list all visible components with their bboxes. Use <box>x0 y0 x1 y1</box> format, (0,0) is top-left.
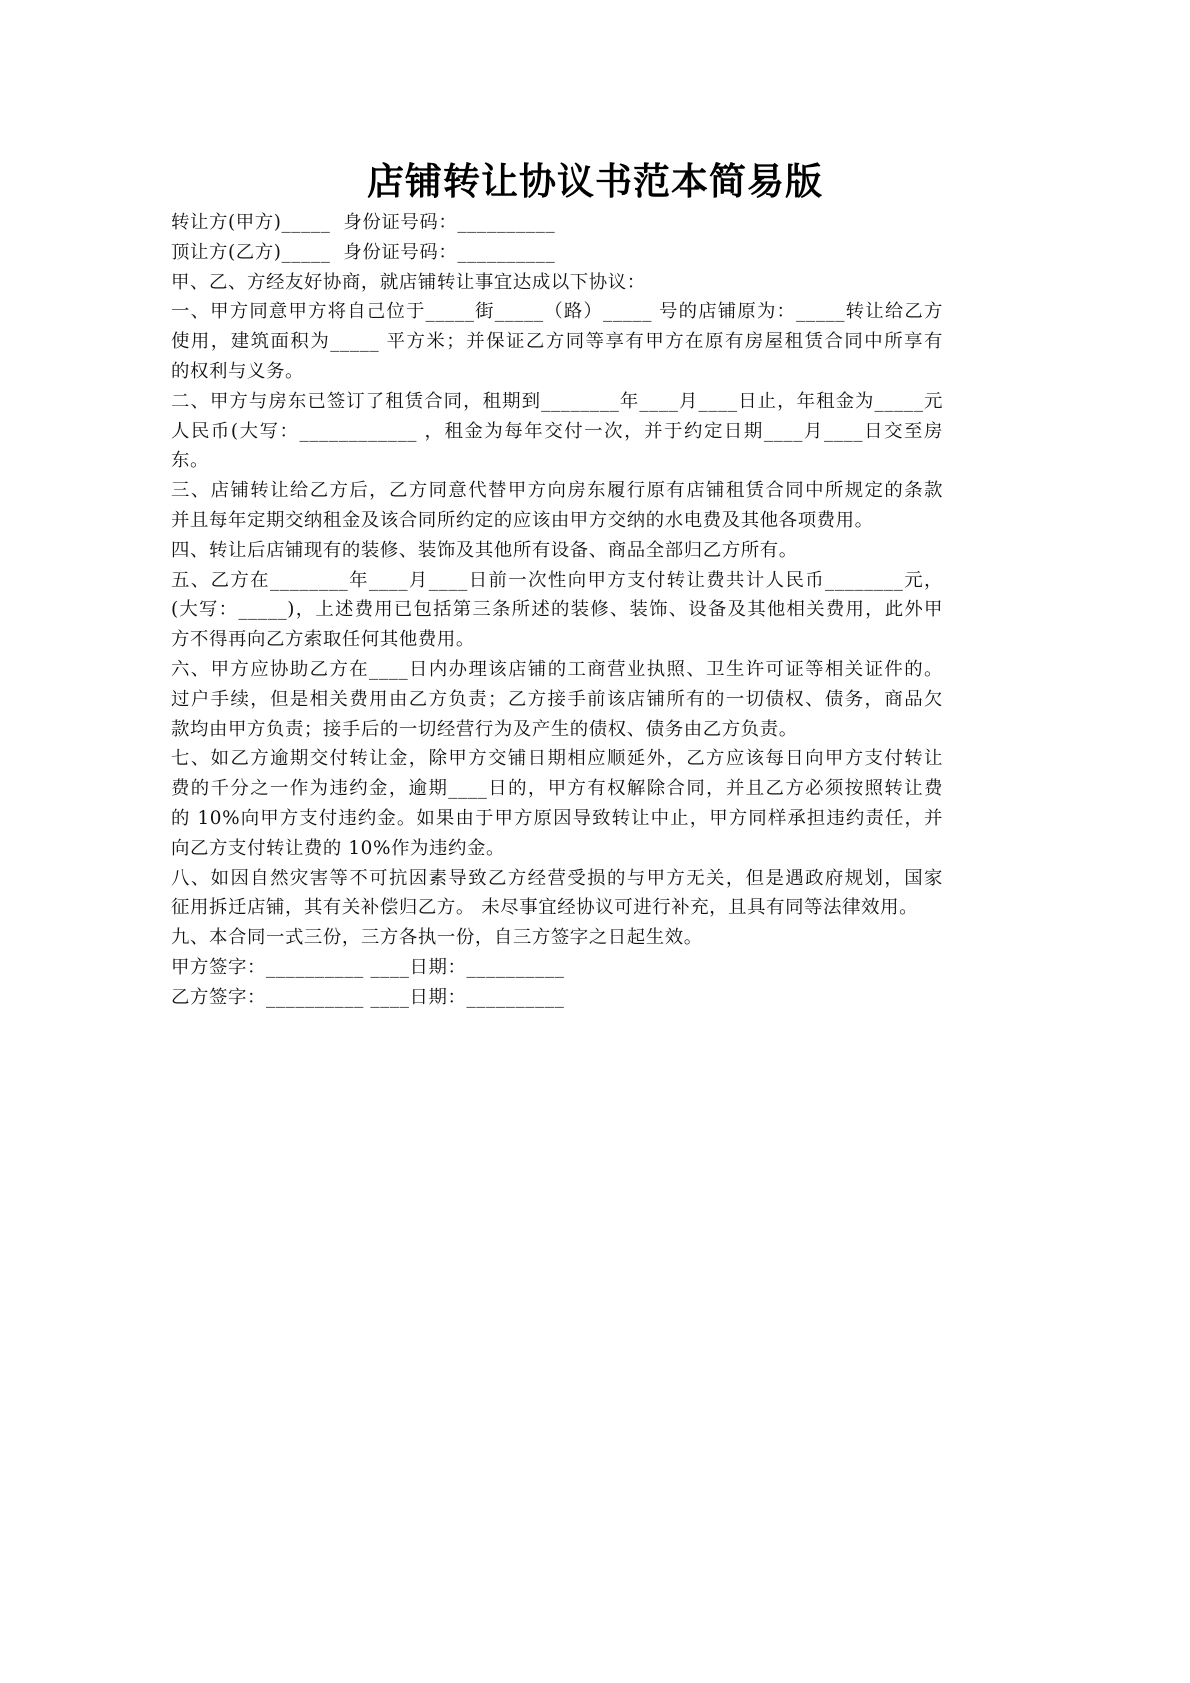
clause-2-line-3: 东。 <box>171 446 943 476</box>
clause-1-line-3: 的权利与义务。 <box>171 357 943 387</box>
clause-5-line-3: 方不得再向乙方索取任何其他费用。 <box>171 625 943 655</box>
clause-9-line-1: 九、本合同一式三份，三方各执一份，自三方签字之日起生效。 <box>171 923 943 953</box>
clause-8-line-2: 征用拆迁店铺，其有关补偿归乙方。 未尽事宜经协议可进行补充，且具有同等法律效用。 <box>171 893 943 923</box>
clause-7-line-2: 费的千分之一作为违约金，逾期____日的，甲方有权解除合同，并且乙方必须按照转让… <box>171 774 943 804</box>
clause-5-line-2: (大写：_____)，上述费用已包括第三条所述的装修、装饰、设备及其他相关费用，… <box>171 595 943 625</box>
clause-3-line-1: 三、店铺转让给乙方后，乙方同意代替甲方向房东履行原有店铺租赁合同中所规定的条款 <box>171 476 943 506</box>
clause-8-line-1: 八、如因自然灾害等不可抗因素导致乙方经营受损的与甲方无关，但是遇政府规划，国家 <box>171 864 943 894</box>
clause-7-line-4: 向乙方支付转让费的 10%作为违约金。 <box>171 834 943 864</box>
transferee-line: 顶让方(乙方)_____ 身份证号码：__________ <box>171 238 943 268</box>
preamble: 甲、乙、方经友好协商，就店铺转让事宜达成以下协议： <box>171 268 943 298</box>
clause-3-line-2: 并且每年定期交纳租金及该合同所约定的应该由甲方交纳的水电费及其他各项费用。 <box>171 506 943 536</box>
clause-7-line-1: 七、如乙方逾期交付转让金，除甲方交铺日期相应顺延外，乙方应该每日向甲方支付转让 <box>171 744 943 774</box>
clause-2-line-2: 人民币(大写：____________ ，租金为每年交付一次，并于约定日期___… <box>171 417 943 447</box>
clause-5-line-1: 五、乙方在________年____月____日前一次性向甲方支付转让费共计人民… <box>171 566 943 596</box>
clause-1-line-2: 使用，建筑面积为_____ 平方米；并保证乙方同等享有甲方在原有房屋租赁合同中所… <box>171 327 943 357</box>
signature-party-a: 甲方签字：__________ ____日期：__________ <box>171 953 943 983</box>
clause-6-line-2: 过户手续，但是相关费用由乙方负责；乙方接手前该店铺所有的一切债权、债务，商品欠 <box>171 685 943 715</box>
signature-party-b: 乙方签字：__________ ____日期：__________ <box>171 983 943 1013</box>
clause-2-line-1: 二、甲方与房东已签订了租赁合同，租期到________年____月____日止，… <box>171 387 943 417</box>
document-body: 转让方(甲方)_____ 身份证号码：__________ 顶让方(乙方)___… <box>171 208 943 1013</box>
clause-7-line-3: 的 10%向甲方支付违约金。如果由于甲方原因导致转让中止，甲方同样承担违约责任，… <box>171 804 943 834</box>
document-page: 店铺转让协议书范本简易版 转让方(甲方)_____ 身份证号码：________… <box>0 0 1190 1683</box>
document-title: 店铺转让协议书范本简易版 <box>0 160 1190 204</box>
clause-6-line-3: 款均由甲方负责；接手后的一切经营行为及产生的债权、债务由乙方负责。 <box>171 715 943 745</box>
clause-4-line-1: 四、转让后店铺现有的装修、装饰及其他所有设备、商品全部归乙方所有。 <box>171 536 943 566</box>
clause-6-line-1: 六、甲方应协助乙方在____日内办理该店铺的工商营业执照、卫生许可证等相关证件的… <box>171 655 943 685</box>
clause-1-line-1: 一、甲方同意甲方将自己位于_____街_____（路）_____ 号的店铺原为：… <box>171 297 943 327</box>
transferor-line: 转让方(甲方)_____ 身份证号码：__________ <box>171 208 943 238</box>
